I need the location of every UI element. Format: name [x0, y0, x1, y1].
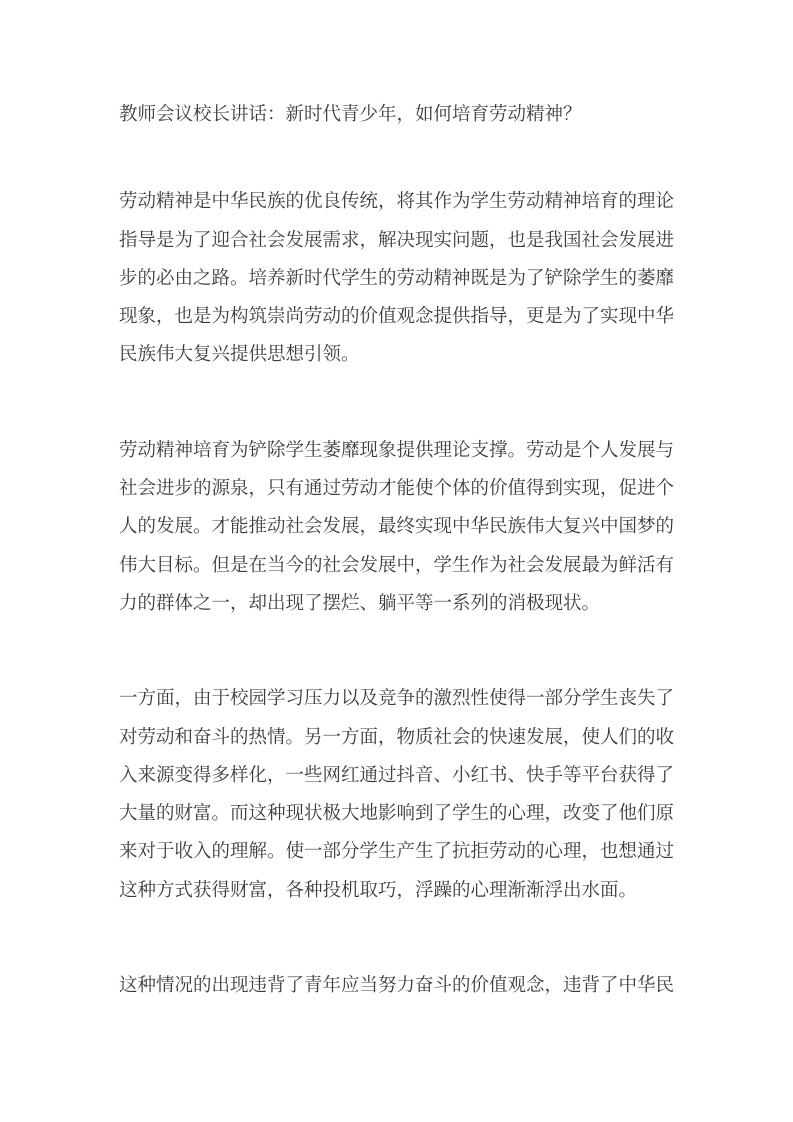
paragraph-1: 劳动精神是中华民族的优良传统，将其作为学生劳动精神培育的理论 指导是为了迎合社会… [119, 183, 674, 374]
paragraph-line: 对劳动和奋斗的热情。另一方面，物质社会的快速发展，使人们的收 [119, 719, 674, 757]
paragraph-line: 力的群体之一，却出现了摆烂、躺平等一系列的消极现状。 [119, 585, 674, 623]
paragraph-line: 社会进步的源泉，只有通过劳动才能使个体的价值得到实现，促进个 [119, 470, 674, 508]
paragraph-4: 这种情况的出现违背了青年应当努力奋斗的价值观念，违背了中华民 [119, 967, 674, 1005]
document-page: 教师会议校长讲话：新时代青少年，如何培育劳动精神？ 劳动精神是中华民族的优良传统… [0, 0, 793, 1122]
document-title: 教师会议校长讲话：新时代青少年，如何培育劳动精神？ [119, 96, 674, 134]
paragraph-line: 步的必由之路。培养新时代学生的劳动精神既是为了铲除学生的萎靡 [119, 260, 674, 298]
paragraph-3: 一方面，由于校园学习压力以及竞争的激烈性使得一部分学生丧失了 对劳动和奋斗的热情… [119, 680, 674, 910]
paragraph-line: 这种方式获得财富，各种投机取巧，浮躁的心理渐渐浮出水面。 [119, 872, 674, 910]
paragraph-line: 伟大目标。但是在当今的社会发展中，学生作为社会发展最为鲜活有 [119, 547, 674, 585]
paragraph-line: 来对于收入的理解。使一部分学生产生了抗拒劳动的心理，也想通过 [119, 833, 674, 871]
paragraph-line: 劳动精神培育为铲除学生萎靡现象提供理论支撑。劳动是个人发展与 [119, 432, 674, 470]
paragraph-line: 这种情况的出现违背了青年应当努力奋斗的价值观念，违背了中华民 [119, 967, 674, 1005]
paragraph-line: 民族伟大复兴提供思想引领。 [119, 336, 674, 374]
paragraph-line: 一方面，由于校园学习压力以及竞争的激烈性使得一部分学生丧失了 [119, 680, 674, 718]
paragraph-2: 劳动精神培育为铲除学生萎靡现象提供理论支撑。劳动是个人发展与 社会进步的源泉，只… [119, 432, 674, 623]
paragraph-line: 指导是为了迎合社会发展需求，解决现实问题，也是我国社会发展进 [119, 222, 674, 260]
paragraph-line: 人的发展。才能推动社会发展，最终实现中华民族伟大复兴中国梦的 [119, 508, 674, 546]
paragraph-line: 大量的财富。而这种现状极大地影响到了学生的心理，改变了他们原 [119, 795, 674, 833]
paragraph-line: 现象，也是为构筑崇尚劳动的价值观念提供指导，更是为了实现中华 [119, 298, 674, 336]
paragraph-line: 劳动精神是中华民族的优良传统，将其作为学生劳动精神培育的理论 [119, 183, 674, 221]
document-content: 教师会议校长讲话：新时代青少年，如何培育劳动精神？ 劳动精神是中华民族的优良传统… [119, 96, 674, 1005]
paragraph-line: 入来源变得多样化，一些网红通过抖音、小红书、快手等平台获得了 [119, 757, 674, 795]
